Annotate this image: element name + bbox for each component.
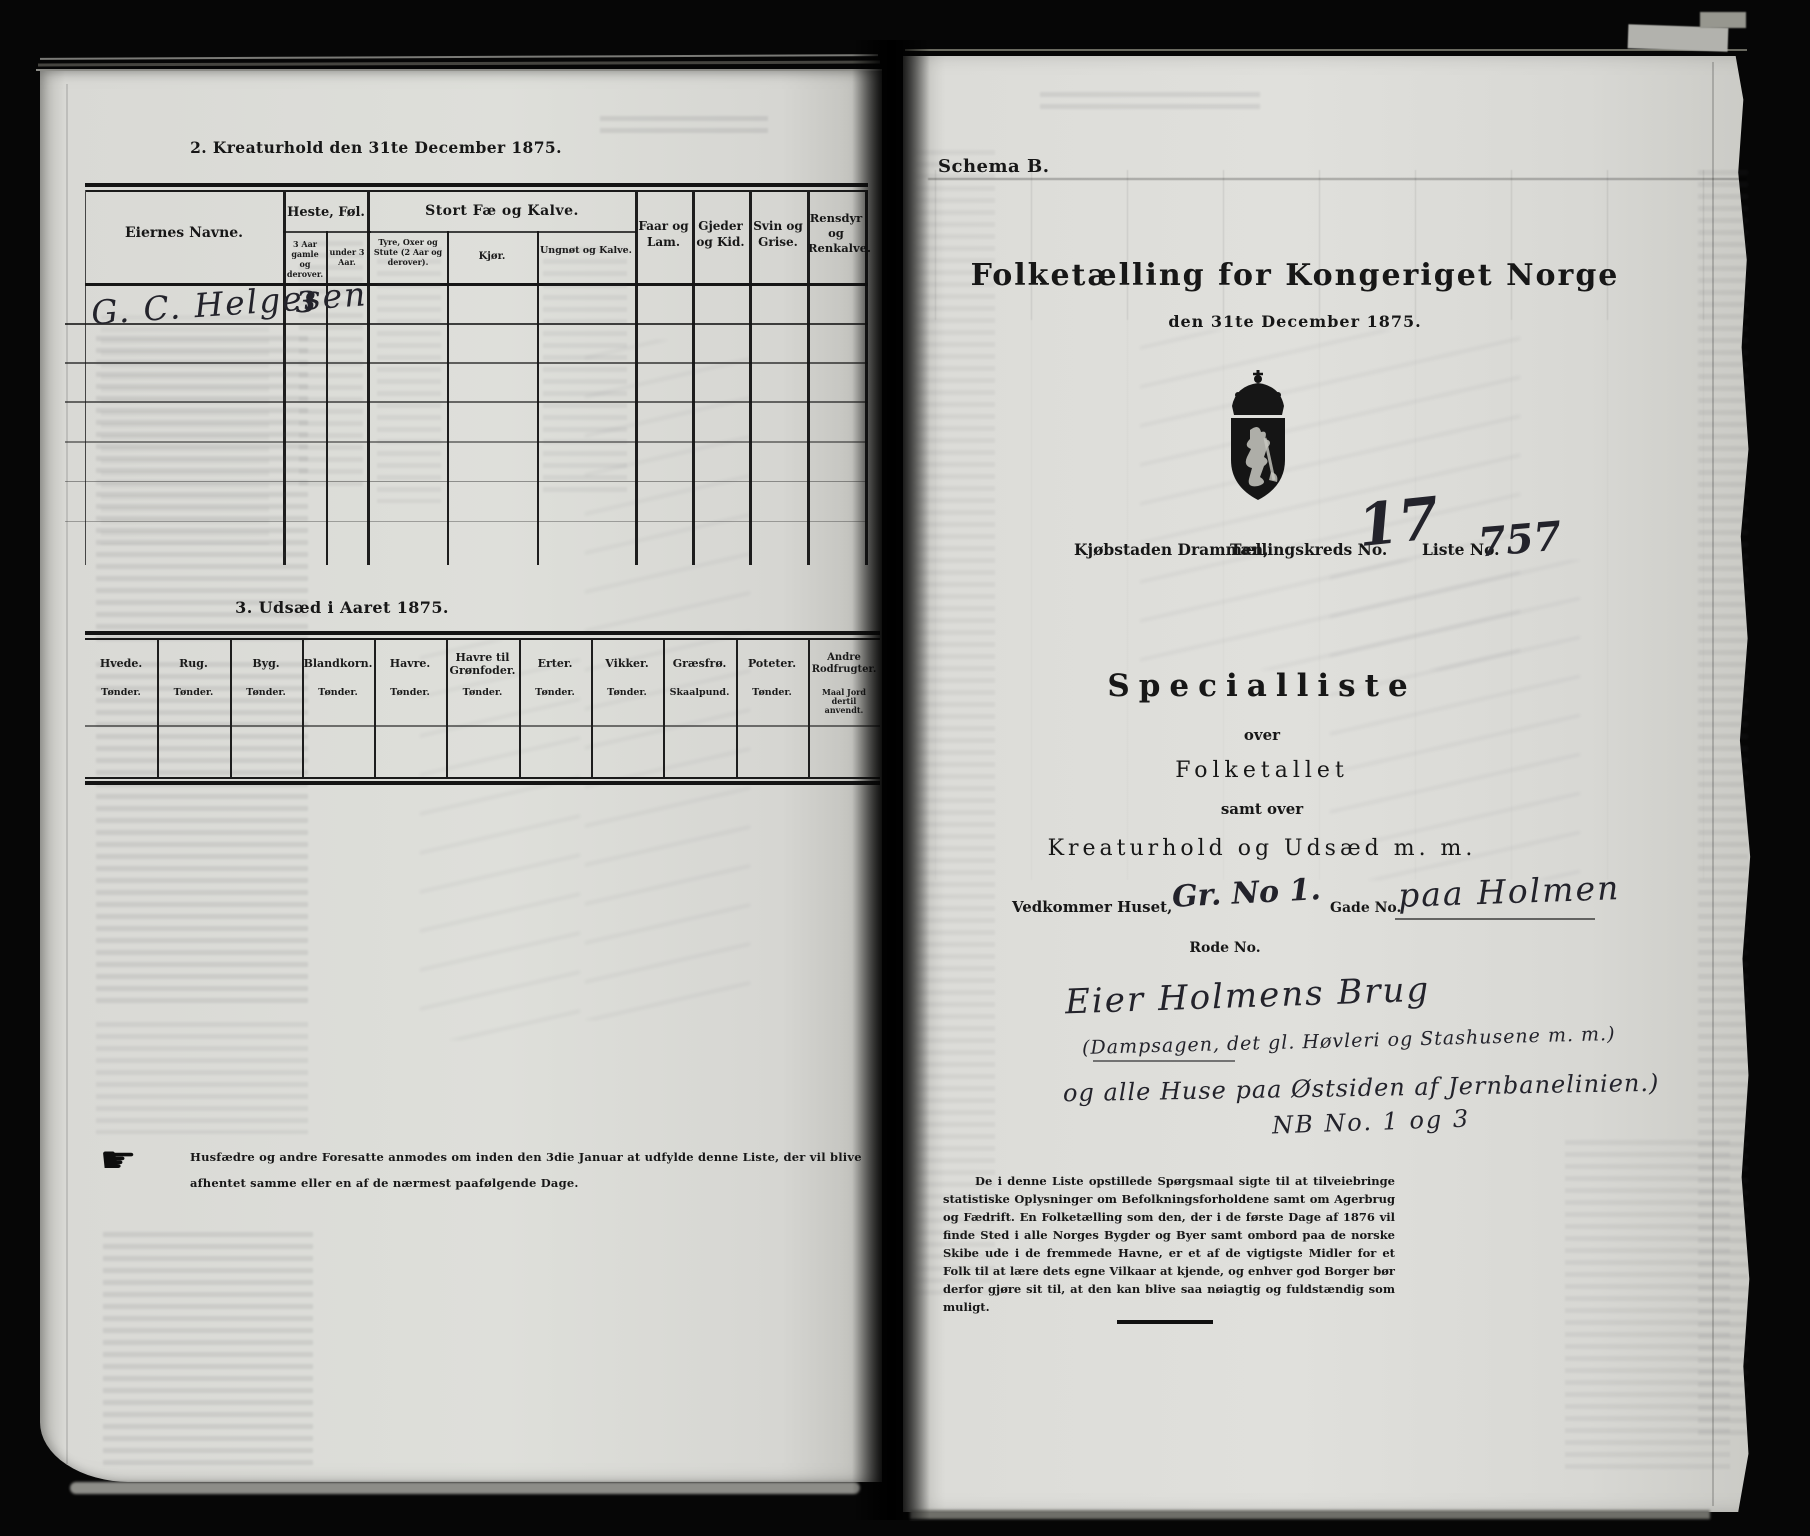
over-label: over	[1012, 726, 1512, 744]
bleedthrough-ghost	[1698, 170, 1748, 1440]
scan-artifact	[910, 1510, 1710, 1519]
col-unit: Tønder.	[463, 688, 503, 698]
udsaed-col-hvede: Hvede. Tønder.	[85, 641, 157, 727]
footnote: ☛ Husfædre og andre Foresatte anmodes om…	[100, 1138, 780, 1208]
census-date-line: den 31te December 1875.	[955, 312, 1635, 331]
col-unit: Tønder.	[174, 688, 214, 698]
udsaed-table: Hvede. Tønder. Rug. Tønder. Byg. Tønder.…	[85, 631, 880, 785]
table-bottom-rule	[85, 777, 880, 785]
udsaed-col-poteter: Poteter. Tønder.	[736, 641, 808, 727]
col-unit: Tønder.	[390, 688, 430, 698]
footnote-line2: afhentet samme eller en af de nærmest pa…	[190, 1176, 579, 1190]
col-unit: Tønder.	[318, 688, 358, 698]
col-unit: Skaalpund.	[670, 688, 730, 698]
liste-number-handwritten: 757	[1476, 512, 1563, 566]
udsaed-col-havre: Havre. Tønder.	[374, 641, 446, 727]
col-header-svin: Svin og Grise.	[750, 219, 806, 250]
col-name: Hvede.	[100, 641, 142, 687]
folketallet-heading: Folketallet	[1012, 758, 1512, 783]
scan-artifact	[70, 1482, 860, 1494]
rode-no-label: Rode No.	[1180, 940, 1270, 956]
manicule-icon: ☛	[100, 1140, 137, 1181]
table-line	[283, 231, 371, 233]
col-group-heste: Heste, Føl.	[283, 205, 369, 220]
col-header-owner: Eiernes Navne.	[85, 225, 283, 241]
col-name: Rug.	[179, 641, 208, 687]
col-unit: Tønder.	[752, 688, 792, 698]
bleedthrough-column-ghost	[935, 170, 1745, 320]
page-stack-edge	[36, 69, 882, 71]
page-stack-edge	[38, 61, 880, 67]
census-title: Folketælling for Kongeriget Norge	[955, 258, 1635, 293]
coat-of-arms-icon	[1216, 368, 1300, 506]
udsaed-col-vikker: Vikker. Tønder.	[591, 641, 663, 727]
closing-rule	[1117, 1320, 1213, 1324]
udsaed-title: 3. Udsæd i Aaret 1875.	[142, 598, 542, 617]
udsaed-col-graesfro: Græsfrø. Skaalpund.	[663, 641, 736, 727]
col-group-stort: Stort Fæ og Kalve.	[367, 203, 637, 219]
col-name: Erter.	[538, 641, 573, 687]
table-line	[537, 231, 539, 565]
col-name: Vikker.	[605, 641, 648, 687]
col-unit: Tønder.	[607, 688, 647, 698]
col-name: Havre.	[390, 641, 431, 687]
info-paragraph: De i denne Liste opstillede Spørgsmaal s…	[943, 1172, 1395, 1316]
table-line	[367, 231, 637, 233]
udsaed-col-blandkorn: Blandkorn. Tønder.	[302, 641, 374, 727]
col-name: Blandkorn.	[304, 641, 373, 687]
kreaturhold-udsaed-heading: Kreaturhold og Udsæd m. m.	[1012, 836, 1512, 861]
col-unit: Tønder.	[101, 688, 141, 698]
vedkommer-huset-label: Vedkommer Huset,	[1012, 898, 1172, 916]
samt-over-label: samt over	[1012, 800, 1512, 818]
udsaed-col-byg: Byg. Tønder.	[230, 641, 302, 727]
col-name: Græsfrø.	[673, 641, 727, 687]
table-line	[85, 190, 86, 565]
instructions-ghost-text	[103, 1232, 313, 1470]
kreaturhold-title: 2. Kreaturhold den 31te December 1875.	[116, 138, 636, 157]
table-line	[447, 231, 449, 565]
page-stack-edge	[1628, 24, 1729, 51]
bleedthrough-ghost	[600, 116, 768, 136]
handwritten-underline	[1093, 1060, 1235, 1062]
footnote-line1: Husfædre og andre Foresatte anmodes om i…	[190, 1150, 862, 1164]
col-name: Havre til Grønfoder.	[446, 641, 519, 687]
col-header-gjeder: Gjeder og Kid.	[693, 219, 748, 250]
bleedthrough-ghost	[1040, 92, 1260, 114]
page-fold-line	[66, 84, 68, 1464]
col-header-faar: Faar og Lam.	[636, 219, 691, 250]
col-name: Poteter.	[748, 641, 796, 687]
udsaed-col-havre-gronfoder: Havre til Grønfoder. Tønder.	[446, 641, 519, 727]
gade-underline	[1395, 918, 1595, 920]
page-stack-edge	[1700, 12, 1746, 28]
col-unit: Tønder.	[535, 688, 575, 698]
instructions-ghost-text	[96, 1022, 308, 1134]
udsaed-col-erter: Erter. Tønder.	[519, 641, 591, 727]
col-unit: Tønder.	[246, 688, 286, 698]
table-top-rule	[85, 631, 880, 640]
col-name: Byg.	[252, 641, 279, 687]
udsaed-col-rug: Rug. Tønder.	[157, 641, 230, 727]
specialliste-heading: Specialliste	[1012, 668, 1512, 704]
heste-count-entry: 3	[285, 285, 327, 319]
bleedthrough-handwriting-ghost	[1330, 560, 1580, 880]
col-header-kjor: Kjør.	[449, 251, 535, 264]
schema-label: Schema B.	[938, 156, 1049, 177]
census-book-scan: 2. Kreaturhold den 31te December 1875. E…	[0, 0, 1810, 1536]
page-stack-edge	[905, 49, 1747, 51]
page-stack-edge	[40, 54, 878, 60]
gade-no-label: Gade No.	[1330, 900, 1401, 916]
gade-value-handwritten: paa Holmen	[1397, 868, 1620, 915]
